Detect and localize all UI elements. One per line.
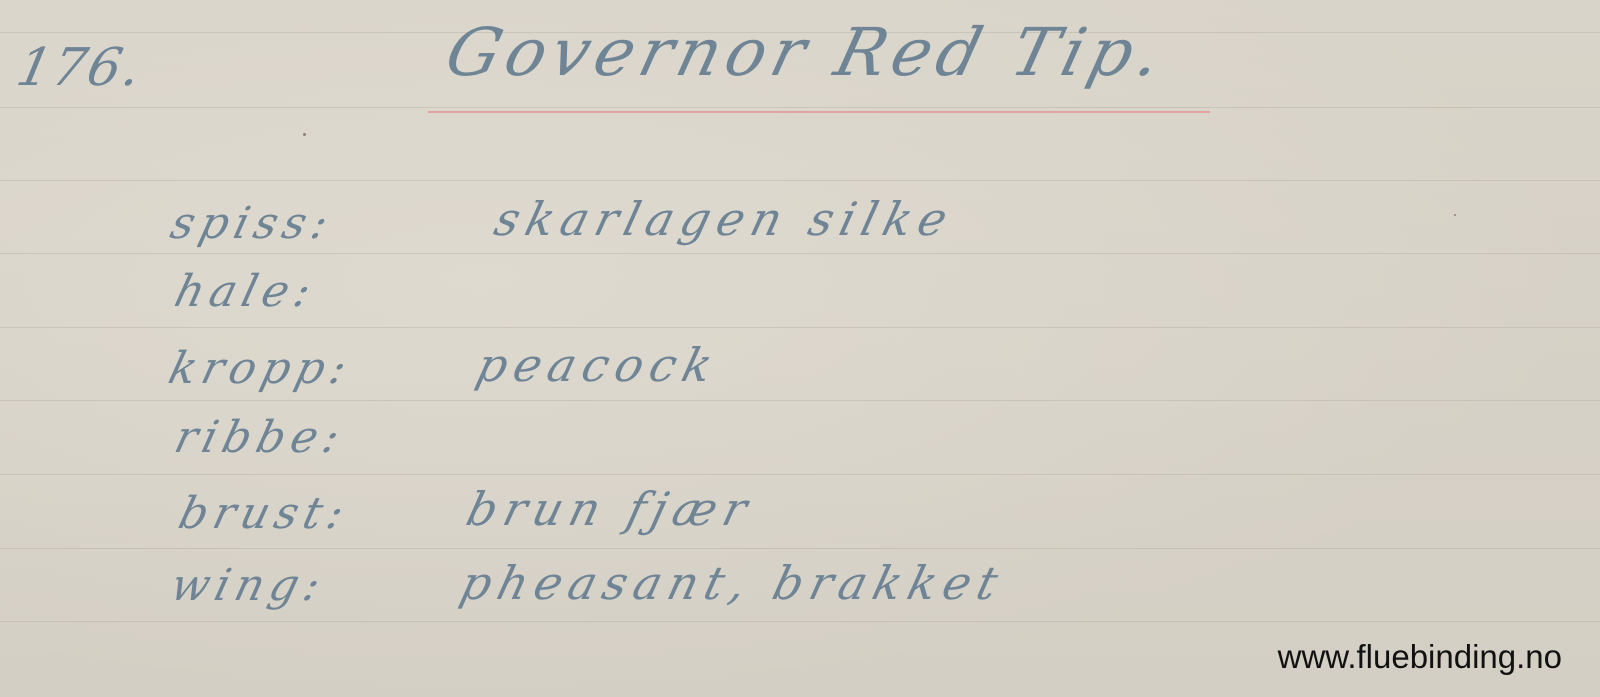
field-label-brust: brust: [174,488,355,539]
paper-speck [303,133,306,136]
ruled-line [0,327,1600,328]
watermark-url: www.fluebinding.no [1278,638,1562,676]
field-label-wing: wing: [166,560,332,611]
title-underline [428,111,1210,113]
ruled-line [0,253,1600,254]
ruled-line [0,548,1600,549]
field-label-hale: hale: [170,266,322,317]
paper-speck [1454,214,1456,216]
field-label-ribbe: ribbe: [170,412,351,463]
notebook-page: 176. Governor Red Tip. spiss: skarlagen … [0,0,1600,697]
field-label-kropp: kropp: [164,343,358,394]
entry-number: 176. [12,38,149,98]
recipe-title: Governor Red Tip. [438,14,1175,91]
ruled-line [0,180,1600,181]
field-value-brust: brun fjær [461,482,759,536]
ruled-line [0,621,1600,622]
field-value-wing: pheasant, brakket [455,556,1010,610]
ruled-line [0,400,1600,401]
ruled-line [0,474,1600,475]
ruled-line [0,107,1600,108]
field-value-kropp: peacock [471,338,725,392]
field-value-spiss: skarlagen silke [489,192,960,246]
field-label-spiss: spiss: [166,198,340,249]
